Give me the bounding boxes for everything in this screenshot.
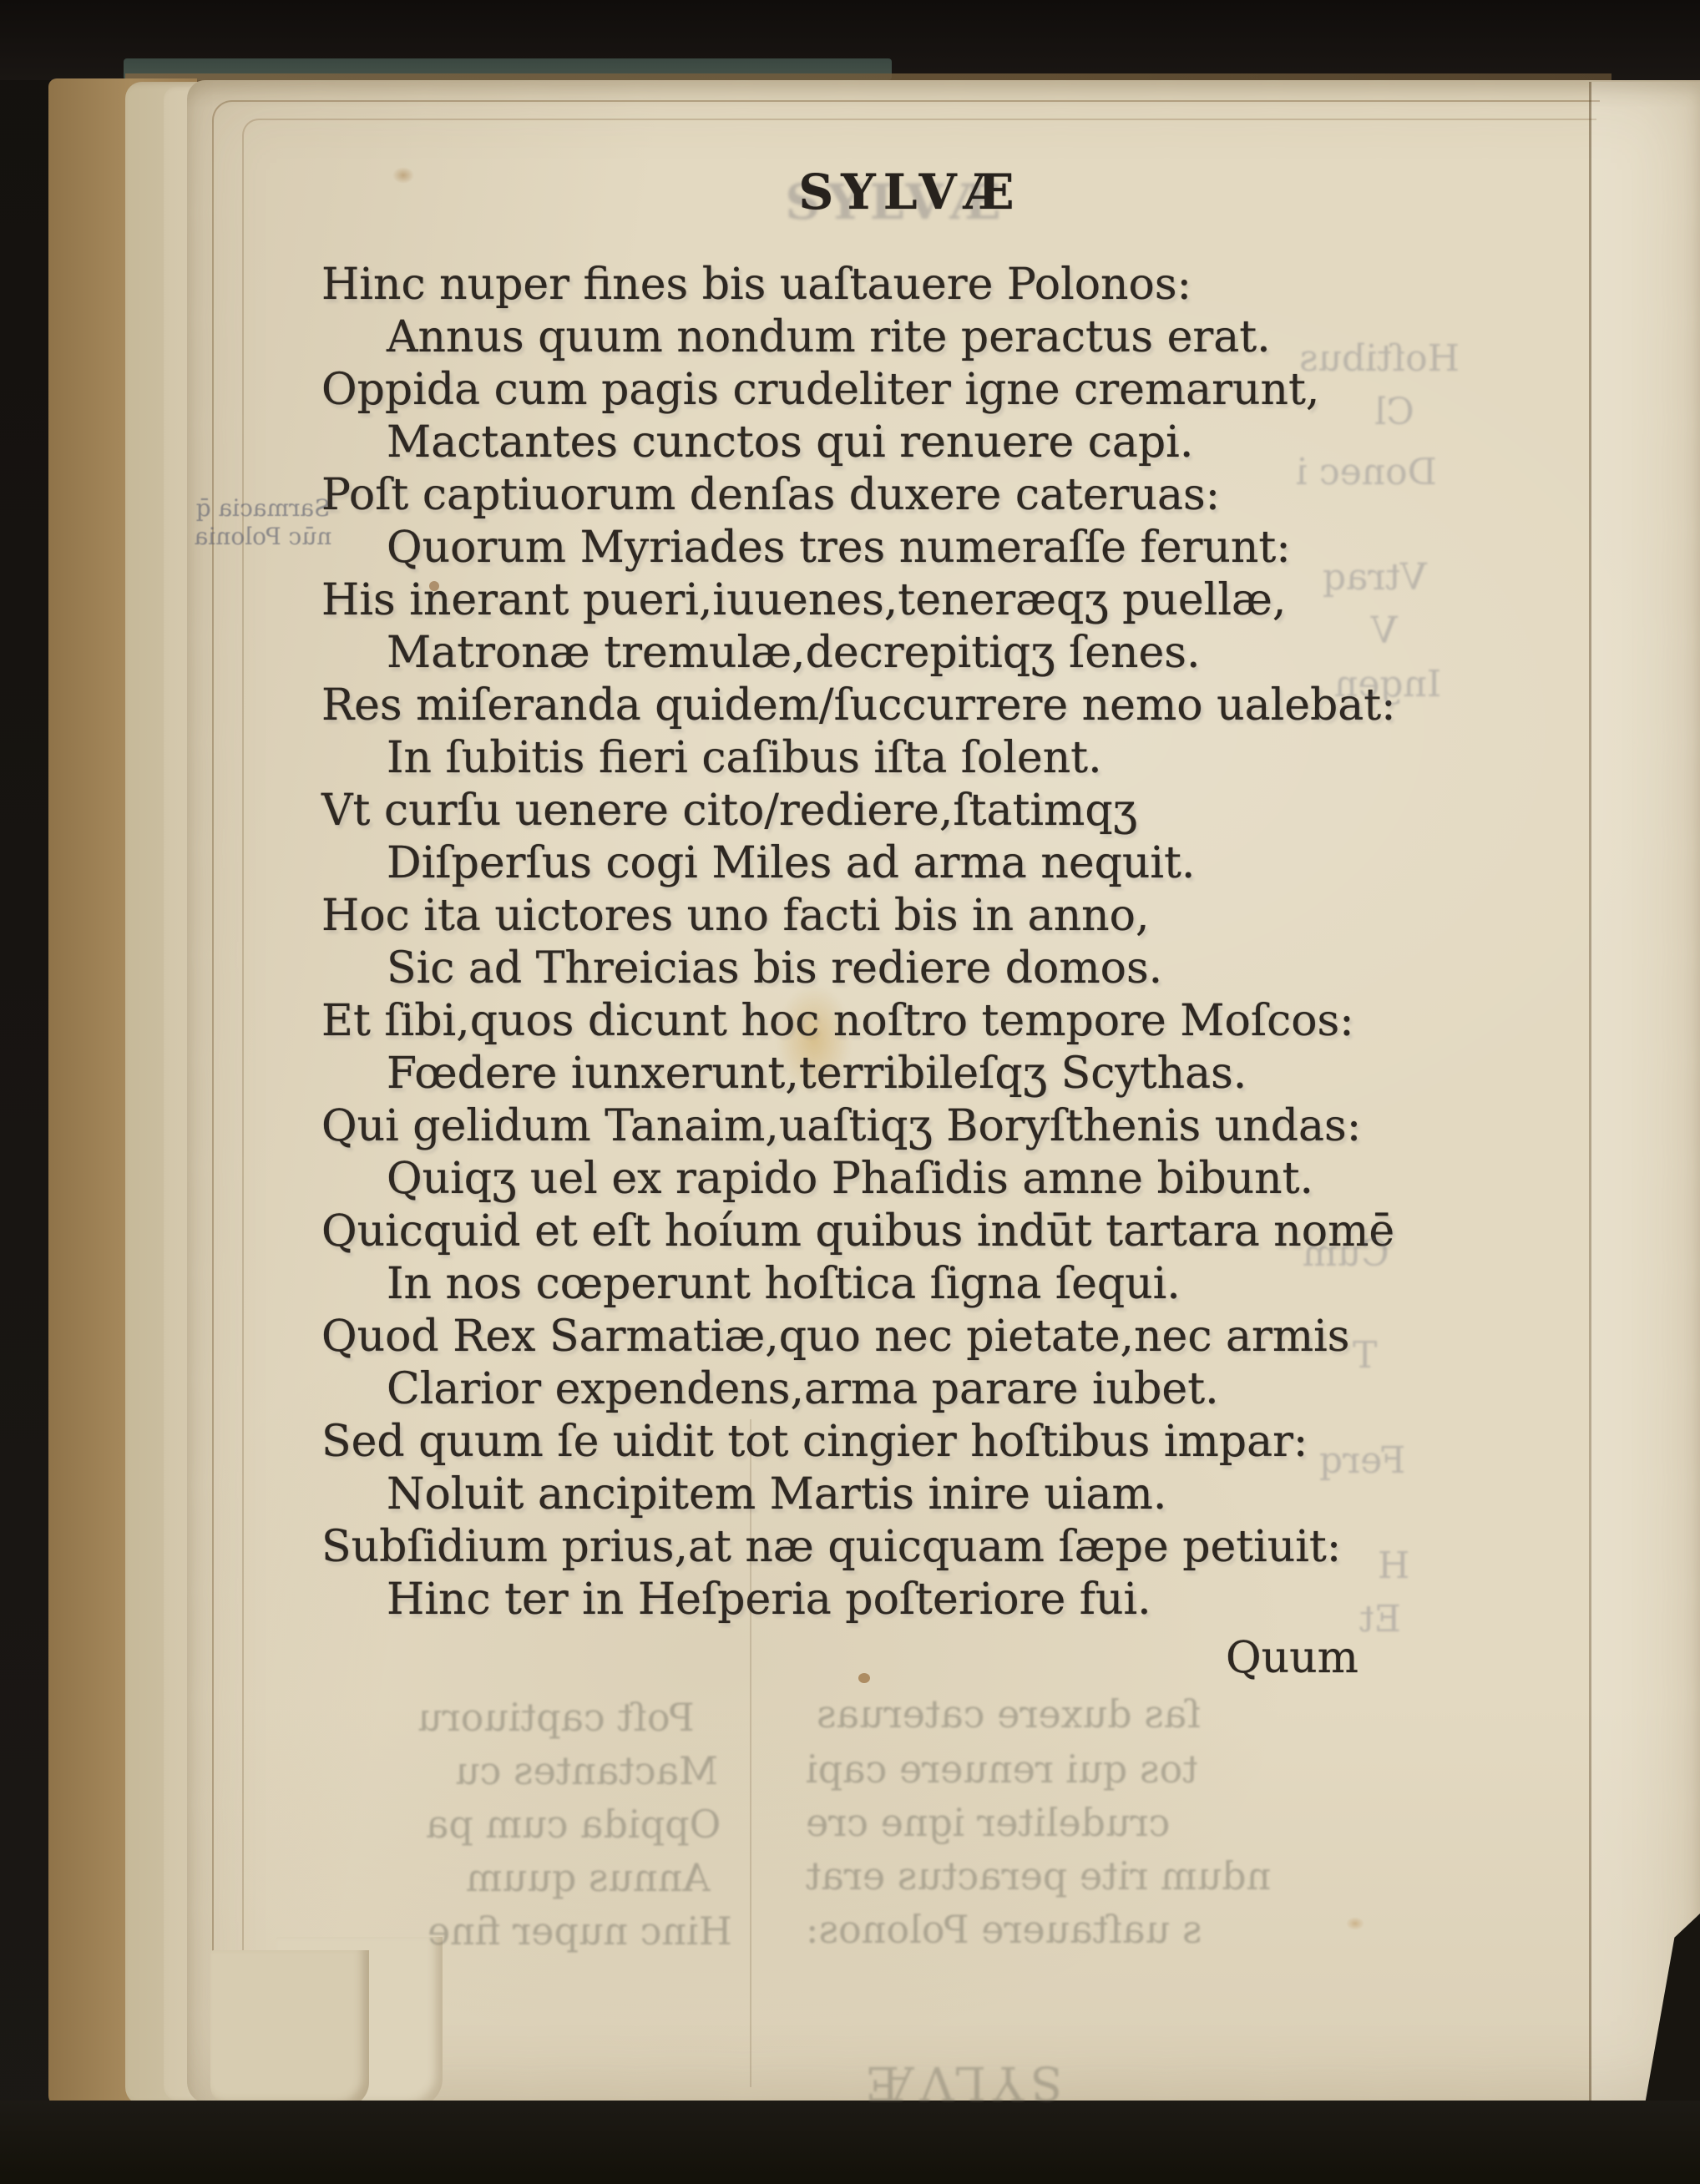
showthrough-text: V	[1371, 609, 1398, 652]
poem-line: Qui gelidum Tanaim,uaſtiqʒ Boryſthenis u…	[321, 1100, 1541, 1153]
poem-line: Fœdere iunxerunt,terribileſqʒ Scythas.	[321, 1048, 1541, 1100]
underlying-page-corner	[210, 1950, 369, 2107]
poem-line: Quiqʒ uel ex rapido Phaſidis amne bibunt…	[321, 1153, 1541, 1206]
showthrough-text: Mactantes cu	[455, 1748, 718, 1793]
poem-line: In ſubitis fieri caſibus iſta ſolent.	[321, 732, 1541, 785]
poem-line: Hoc ita uictores uno facti bis in anno,	[321, 890, 1541, 943]
showthrough-text: Ingen	[1334, 663, 1441, 705]
marginal-note-line: Sarmacia q̄	[192, 494, 334, 523]
paper-stain	[1346, 1917, 1364, 1930]
showthrough-text: s uaſtauere Polonos:	[806, 1907, 1202, 1952]
showthrough-text: Oppida cum pa	[426, 1802, 721, 1847]
poem-line: Sic ad Threicias bis rediere domos.	[321, 943, 1541, 995]
showthrough-text: T	[1353, 1334, 1377, 1377]
poem-line: Hinc ter in Heſperia poſteriore fui.	[321, 1574, 1541, 1626]
showthrough-title: SYLVÆ	[860, 2055, 1062, 2110]
paper-stain	[858, 1673, 870, 1683]
poem-line: Hinc nuper fines bis uaſtauere Polonos:	[321, 259, 1541, 311]
showthrough-text: crudeliter igne cre	[806, 1800, 1170, 1845]
poem-line: Et ſibi,quos dicunt hoc noſtro tempore M…	[321, 995, 1541, 1048]
showthrough-text: Donec i	[1296, 451, 1437, 493]
showthrough-text: ndum rite peractus erat	[806, 1853, 1271, 1898]
page-header-title: SYLVÆ	[117, 164, 1700, 220]
showthrough-text: H	[1378, 1544, 1409, 1587]
gutter-paper	[1591, 82, 1700, 2102]
book-bottom-shadow	[0, 2101, 1700, 2184]
gutter-crease	[1589, 82, 1591, 2102]
showthrough-text: ſas duxere cateruas	[817, 1691, 1201, 1737]
poem-line: Vt curſu uenere cito/rediere,ſtatimqʒ	[321, 785, 1541, 837]
showthrough-text: Hoſtibus	[1299, 337, 1460, 380]
marginal-note-line: nūc Polonia	[192, 523, 334, 551]
showthrough-text: Cum	[1303, 1232, 1389, 1275]
showthrough-text: Et	[1359, 1598, 1401, 1641]
showthrough-text: Annus quum	[466, 1855, 711, 1900]
showthrough-text: Ferq	[1319, 1439, 1405, 1482]
catchword: Quum	[1226, 1633, 1358, 1683]
showthrough-text: Poſt captiuoru	[417, 1695, 695, 1740]
poem-line: Diſperſus cogi Miles ad arma nequit.	[321, 837, 1541, 890]
marginal-note-showthrough: Sarmacia q̄ nūc Polonia	[192, 494, 334, 551]
showthrough-text: Hinc nuper fine	[428, 1908, 732, 1954]
showthrough-text: Vtraq	[1323, 556, 1427, 599]
showthrough-text: tos qui renuere capi	[806, 1747, 1198, 1792]
poem-line: Subſidium prius,at næ quicquam ſæpe peti…	[321, 1521, 1541, 1574]
showthrough-text: Cl	[1374, 391, 1414, 433]
